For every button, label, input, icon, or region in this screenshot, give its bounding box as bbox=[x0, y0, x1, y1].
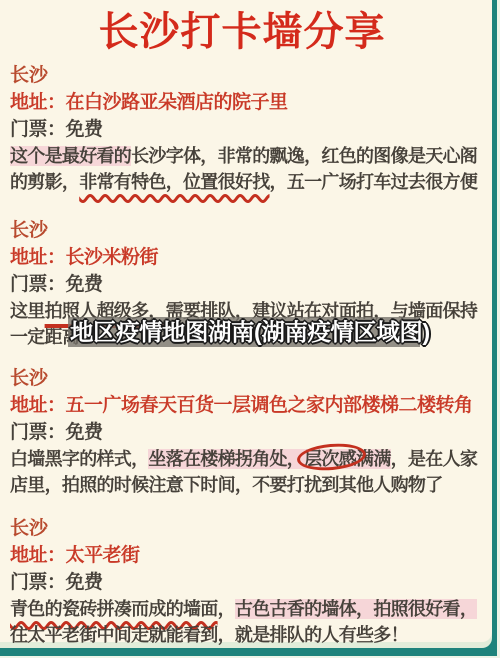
page-background: 长沙打卡墙分享 长沙地址：在白沙路亚朵酒店的院子里门票：免费这个是最好看的长沙字… bbox=[0, 0, 500, 658]
desc-segment: 这里 bbox=[10, 301, 45, 321]
ticket-value: 免费 bbox=[66, 422, 103, 443]
spot-section-4: 长沙地址：太平老街门票：免费青色的瓷砖拼凑而成的墙面，古色古香的墙体，拍照很好看… bbox=[10, 516, 484, 648]
desc-segment: ，五一广场打车过去很方便 bbox=[270, 172, 478, 192]
address-value: 在白沙路亚朵酒店的院子里 bbox=[66, 92, 288, 113]
address-label: 地址： bbox=[10, 395, 66, 416]
watermark-text: 地区疫情地图湖南(湖南疫情区域图) bbox=[68, 317, 420, 347]
ticket-value: 免费 bbox=[66, 274, 103, 295]
address-value: 五一广场春天百货一层调色之家内部楼梯二楼转角 bbox=[66, 395, 473, 416]
desc-segment: 店里，拍照的时候注意下时间，不要打扰到其他人购物了 bbox=[10, 475, 443, 495]
ticket-label: 门票： bbox=[10, 422, 66, 443]
address-value: 长沙米粉街 bbox=[66, 247, 159, 268]
address-line: 地址：太平老街 bbox=[10, 542, 484, 569]
ticket-line: 门票：免费 bbox=[10, 569, 484, 596]
desc-segment: 长沙字体，非常的飘逸，红色的图像是天心阁 bbox=[131, 146, 477, 166]
description-line: 青色的瓷砖拼凑而成的墙面，古色古香的墙体，拍照很好看， bbox=[10, 596, 484, 622]
ticket-line: 门票：免费 bbox=[10, 419, 484, 446]
address-label: 地址： bbox=[10, 247, 66, 268]
spot-section-1: 长沙地址：在白沙路亚朵酒店的院子里门票：免费这个是最好看的长沙字体，非常的飘逸，… bbox=[10, 63, 484, 195]
description-line: 店里，拍照的时候注意下时间，不要打扰到其他人购物了 bbox=[10, 472, 484, 498]
desc-segment: 往太平老街中间走就能看到，就是排队的人有些多！ bbox=[10, 625, 408, 645]
desc-segment: 白墙黑字的样式， bbox=[10, 449, 148, 469]
desc-segment: 的剪影， bbox=[10, 172, 79, 192]
desc-segment: 古色古香的墙体，拍照很好看， bbox=[235, 599, 477, 619]
desc-segment: ，是在人家 bbox=[391, 449, 478, 469]
desc-segment: 这个是最好看的 bbox=[10, 146, 131, 166]
address-line: 地址：五一广场春天百货一层调色之家内部楼梯二楼转角 bbox=[10, 392, 484, 419]
watermark-caption-bar: 地区疫情地图湖南(湖南疫情区域图) bbox=[68, 317, 420, 347]
description-line: 往太平老街中间走就能看到，就是排队的人有些多！ bbox=[10, 622, 484, 648]
address-label: 地址： bbox=[10, 92, 66, 113]
desc-segment: 非常有特色，位置很好找 bbox=[79, 172, 269, 192]
desc-segment: 青色的瓷砖拼凑而成的墙面 bbox=[10, 599, 218, 619]
city-label: 长沙 bbox=[10, 516, 484, 542]
city-label: 长沙 bbox=[10, 218, 484, 244]
ticket-line: 门票：免费 bbox=[10, 116, 484, 143]
address-value: 太平老街 bbox=[66, 545, 140, 566]
ticket-label: 门票： bbox=[10, 119, 66, 140]
address-line: 地址：长沙米粉街 bbox=[10, 244, 484, 271]
desc-segment: 坐落在楼梯拐角处， bbox=[148, 449, 304, 469]
city-label: 长沙 bbox=[10, 63, 484, 89]
ticket-value: 免费 bbox=[66, 572, 103, 593]
description-line: 这个是最好看的长沙字体，非常的飘逸，红色的图像是天心阁 bbox=[10, 143, 484, 169]
ticket-value: 免费 bbox=[66, 119, 103, 140]
address-label: 地址： bbox=[10, 545, 66, 566]
city-label: 长沙 bbox=[10, 366, 484, 392]
spot-section-3: 长沙地址：五一广场春天百货一层调色之家内部楼梯二楼转角门票：免费白墙黑字的样式，… bbox=[10, 366, 484, 498]
desc-segment: 层次感 bbox=[304, 449, 356, 469]
address-line: 地址：在白沙路亚朵酒店的院子里 bbox=[10, 89, 484, 116]
ticket-line: 门票：免费 bbox=[10, 271, 484, 298]
description-line: 的剪影，非常有特色，位置很好找，五一广场打车过去很方便 bbox=[10, 169, 484, 195]
ticket-label: 门票： bbox=[10, 572, 66, 593]
ticket-label: 门票： bbox=[10, 274, 66, 295]
description-line: 白墙黑字的样式，坐落在楼梯拐角处，层次感满满，是在人家 bbox=[10, 446, 484, 472]
desc-segment: ， bbox=[218, 599, 235, 619]
